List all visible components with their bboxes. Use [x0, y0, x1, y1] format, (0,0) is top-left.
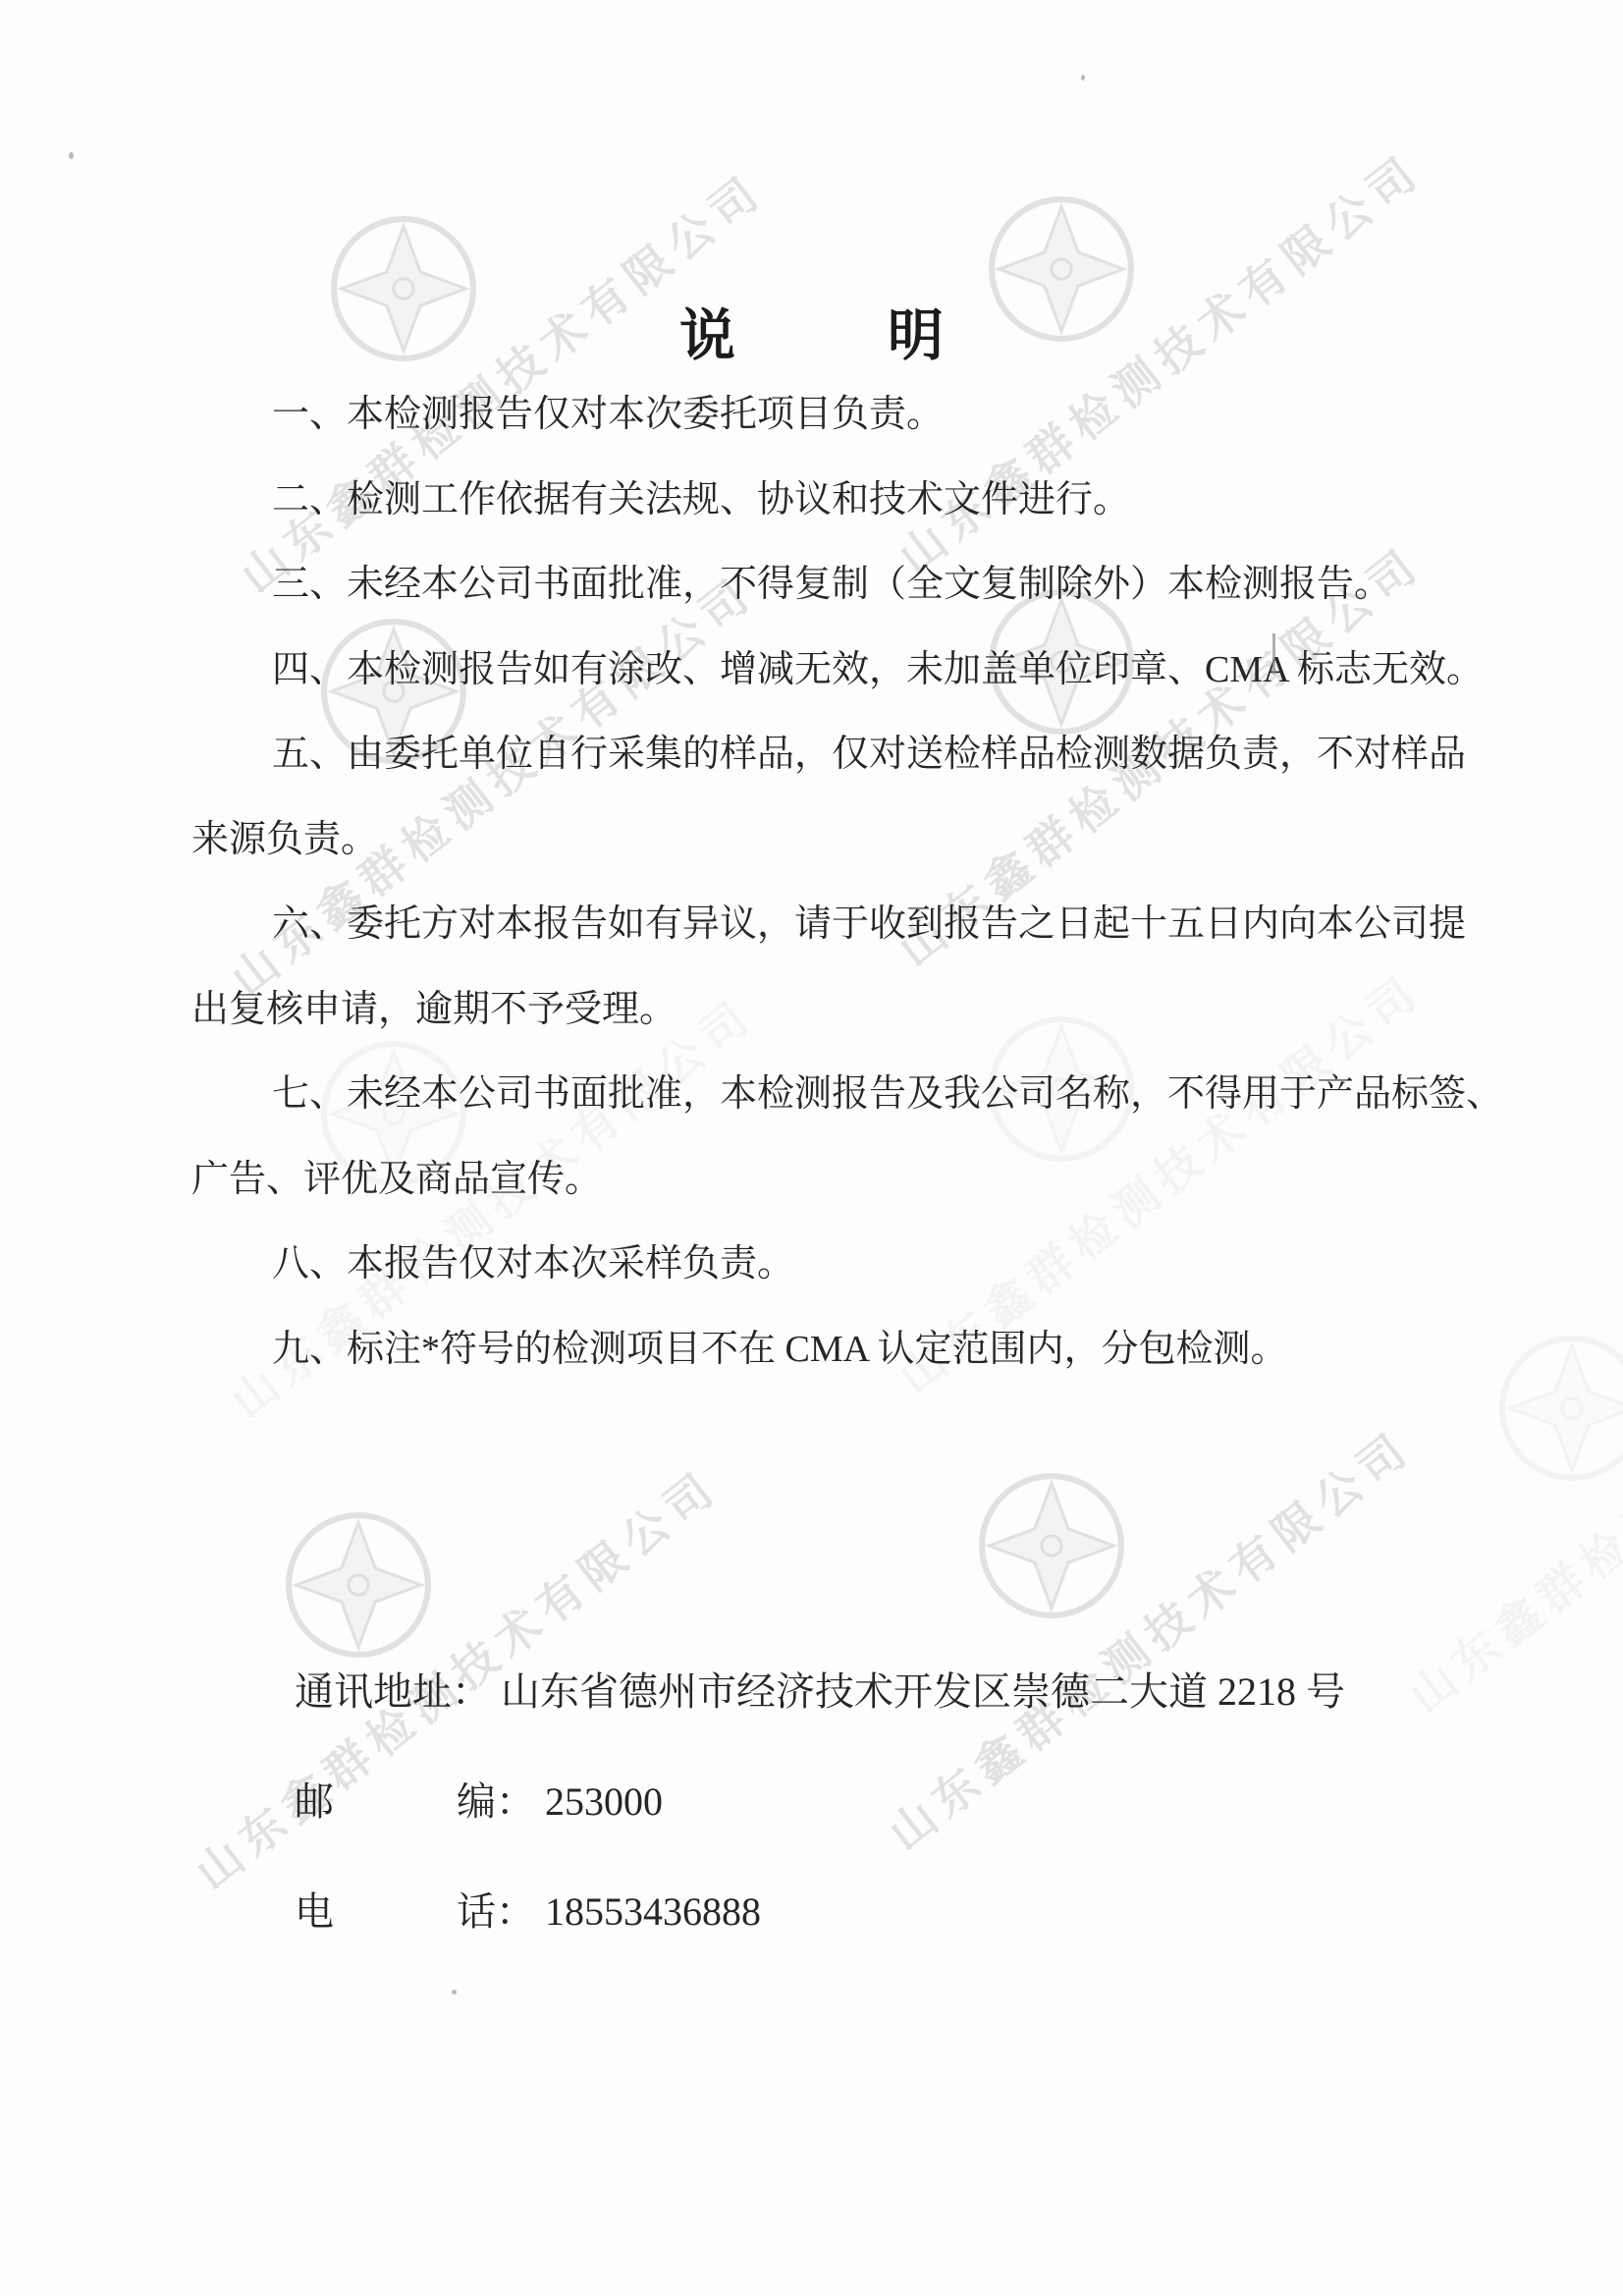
page-title: 说明 — [0, 291, 1623, 371]
phone-value: 18553436888 — [545, 1889, 761, 1934]
note-line-1: 一、本检测报告仅对本次委托项目负责。 — [191, 372, 1527, 458]
page-title-text: 说明 — [527, 305, 1096, 367]
contact-row-address: 通讯地址：山东省德州市经济技术开发区崇德二大道 2218 号 — [295, 1662, 1345, 1722]
address-colon: ： — [452, 1669, 491, 1714]
company-seal-icon — [284, 1510, 433, 1660]
note-line-7: 七、未经本公司书面批准，本检测报告及我公司名称，不得用于产品标签、 — [191, 1052, 1527, 1137]
phone-colon: ： — [496, 1889, 535, 1934]
note-line-2: 二、检测工作依据有关法规、协议和技术文件进行。 — [191, 458, 1527, 543]
postcode-value: 253000 — [545, 1779, 663, 1824]
note-line-6: 六、委托方对本报告如有异议，请于收到报告之日起十五日内向本公司提 — [191, 882, 1527, 967]
note-line-8: 八、本报告仅对本次采样负责。 — [191, 1222, 1527, 1307]
watermark-company-name: 山东鑫群检测技术有限公司 — [874, 1413, 1425, 1863]
address-label: 通讯地址 — [295, 1669, 452, 1714]
note-line-7-cont: 广告、评优及商品宣传。 — [191, 1137, 1527, 1223]
address-value: 山东省德州市经济技术开发区崇德二大道 2218 号 — [501, 1669, 1345, 1714]
postcode-colon: ： — [496, 1779, 535, 1824]
note-line-9: 九、标注*符号的检测项目不在 CMA 认定范围内，分包检测。 — [191, 1307, 1527, 1393]
report-notes-page: 山东鑫群检测技术有限公司山东鑫群检测技术有限公司山东鑫群检测技术有限公司山东鑫群… — [0, 0, 1623, 2296]
scan-speck — [69, 152, 74, 159]
scan-speck — [1081, 75, 1085, 81]
scan-speck — [452, 1990, 457, 1995]
phone-label: 电话 — [295, 1882, 496, 1942]
company-seal-icon — [977, 1471, 1126, 1620]
note-line-6-cont: 出复核申请，逾期不予受理。 — [191, 967, 1527, 1053]
contact-row-phone: 电话：18553436888 — [295, 1882, 761, 1942]
contact-row-postcode: 邮编：253000 — [295, 1772, 663, 1832]
postcode-label: 邮编 — [295, 1772, 496, 1832]
note-line-5: 五、由委托单位自行采集的样品，仅对送检样品检测数据负责，不对样品 — [191, 712, 1527, 797]
note-line-3: 三、未经本公司书面批准，不得复制（全文复制除外）本检测报告。 — [191, 542, 1527, 628]
note-line-5-cont: 来源负责。 — [191, 797, 1527, 883]
notes-list: 一、本检测报告仅对本次委托项目负责。二、检测工作依据有关法规、协议和技术文件进行… — [191, 372, 1527, 1392]
note-line-4: 四、本检测报告如有涂改、增减无效，未加盖单位印章、CMA 标志无效。 — [191, 628, 1527, 713]
scan-artifact-line — [1272, 633, 1275, 675]
